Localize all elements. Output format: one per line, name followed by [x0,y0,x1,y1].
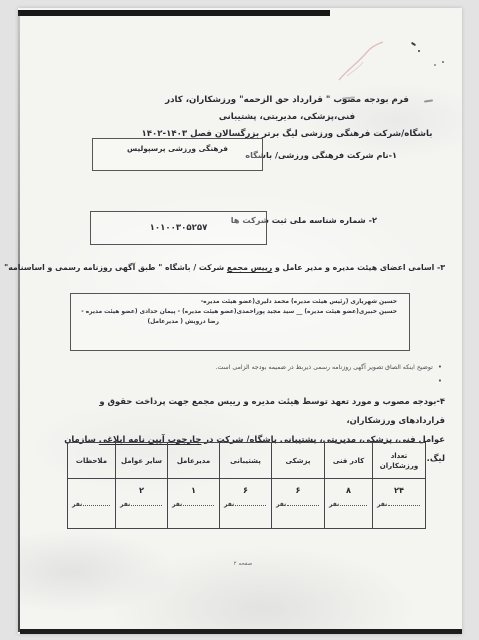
scan-speck [418,50,420,52]
scan-edge-bottom [20,629,462,634]
board-members-box: حسین شهریاری (رئیس هیئت مدیره) محمد دلیر… [70,293,410,351]
column-header: پزشکی [272,443,325,479]
scan-speck [434,64,436,66]
dotted-line: نفر [172,499,215,508]
column-header: سایر عوامل [116,443,168,479]
table-header-row: تعداد ورزشکارانکادر فنیپزشکیپشتیبانیمدیر… [68,443,426,479]
attachment-note-text: توضیح اینکه الصاق تصویر آگهی روزنامه رسم… [216,364,433,371]
column-header: ملاحظات [68,443,116,479]
count-value: ۶ [224,485,267,498]
dotted-line: نفر [224,499,267,508]
count-cell: ۱نفر [168,479,220,529]
count-cell: ۸نفر [325,479,373,529]
national-id-box: ۱۰۱۰۰۳۰۵۲۵۷ [90,211,267,245]
unit-label: نفر [377,501,387,508]
page-number: صفحه ۲ [203,561,283,567]
board-members-label-underlined: رییس مجمع [227,263,272,272]
dots [83,499,110,506]
dots [183,499,214,506]
board-members-label: ۳- اسامی اعضای هیئت مدیره و مدیر عامل و … [4,263,445,272]
scan-speck [411,42,416,47]
unit-label: نفر [72,501,82,508]
scanned-form-screenshot: { "page": { "title_line1": "فرم بودجه مص… [0,0,479,640]
dots [235,499,266,506]
unit-label: نفر [172,501,182,508]
dotted-line: نفر [329,499,368,508]
dotted-line: نفر [120,499,163,508]
bullet-icon: • [438,377,442,385]
dotted-line: نفر [72,499,111,508]
staff-counts-table: تعداد ورزشکارانکادر فنیپزشکیپشتیبانیمدیر… [67,442,426,529]
national-id-value: ۱۰۱۰۰۳۰۵۲۵۷ [150,223,208,233]
count-value [72,485,111,498]
count-cell: نفر [68,479,116,529]
unit-label: نفر [224,501,234,508]
column-header: کادر فنی [325,443,373,479]
column-header: تعداد ورزشکاران [373,443,426,479]
count-value: ۲ [120,485,163,498]
dotted-line: نفر [377,499,421,508]
bullet-icon: • [438,363,442,371]
count-cell: ۶نفر [220,479,272,529]
scan-edge-left [18,12,20,632]
column-header: پشتیبانی [220,443,272,479]
unit-label: نفر [329,501,339,508]
budget-statement-line1: ۴-بودجه مصوب و مورد تعهد توسط هیئت مدیره… [58,392,445,430]
count-value: ۲۴ [377,485,421,498]
board-members-line3: رضا درویش ( مدیرعامل) [77,317,219,327]
board-members-line2: حسین خبیری(عضو هیئت مدیره) __ سید مجید پ… [77,307,397,317]
board-members-label-suffix: شرکت / باشگاه " طبق آگهی روزنامه رسمی و … [4,263,227,272]
count-cell: ۲نفر [116,479,168,529]
club-name-label: ۱-نام شرکت فرهنگی ورزشی/ باشگاه [245,150,397,160]
unit-label: نفر [120,501,130,508]
dots [388,499,420,506]
dots [131,499,162,506]
scan-edge-top [18,10,330,16]
count-value: ۶ [276,485,320,498]
count-cell: ۲۴نفر [373,479,426,529]
count-cell: ۶نفر [272,479,325,529]
count-value: ۸ [329,485,368,498]
count-value: ۱ [172,485,215,498]
unit-label: نفر [276,501,286,508]
column-header: مدیرعامل [168,443,220,479]
board-members-label-prefix: ۳- اسامی اعضای هیئت مدیره و مدیر عامل و [272,263,445,272]
red-pen-mark [333,38,395,88]
attachment-note: •توضیح اینکه الصاق تصویر آگهی روزنامه رس… [216,363,442,371]
form-title: فرم بودجه مصوب " قرارداد حق الزحمه" ورزش… [137,92,437,143]
club-name-box: فرهنگی ورزشی پرسپولیس [92,138,263,171]
scan-speck [442,61,444,63]
club-name-value: فرهنگی ورزشی پرسپولیس [127,144,228,153]
dotted-line: نفر [276,499,320,508]
form-title-line1: فرم بودجه مصوب " قرارداد حق الزحمه" ورزش… [137,92,437,126]
dots [287,499,319,506]
dots [340,499,367,506]
document-page: فرم بودجه مصوب " قرارداد حق الزحمه" ورزش… [18,8,462,634]
table-values-row: ۲۴نفر۸نفر۶نفر۶نفر۱نفر۲نفرنفر [68,479,426,529]
board-members-line1: حسین شهریاری (رئیس هیئت مدیره) محمد دلیر… [77,297,397,307]
